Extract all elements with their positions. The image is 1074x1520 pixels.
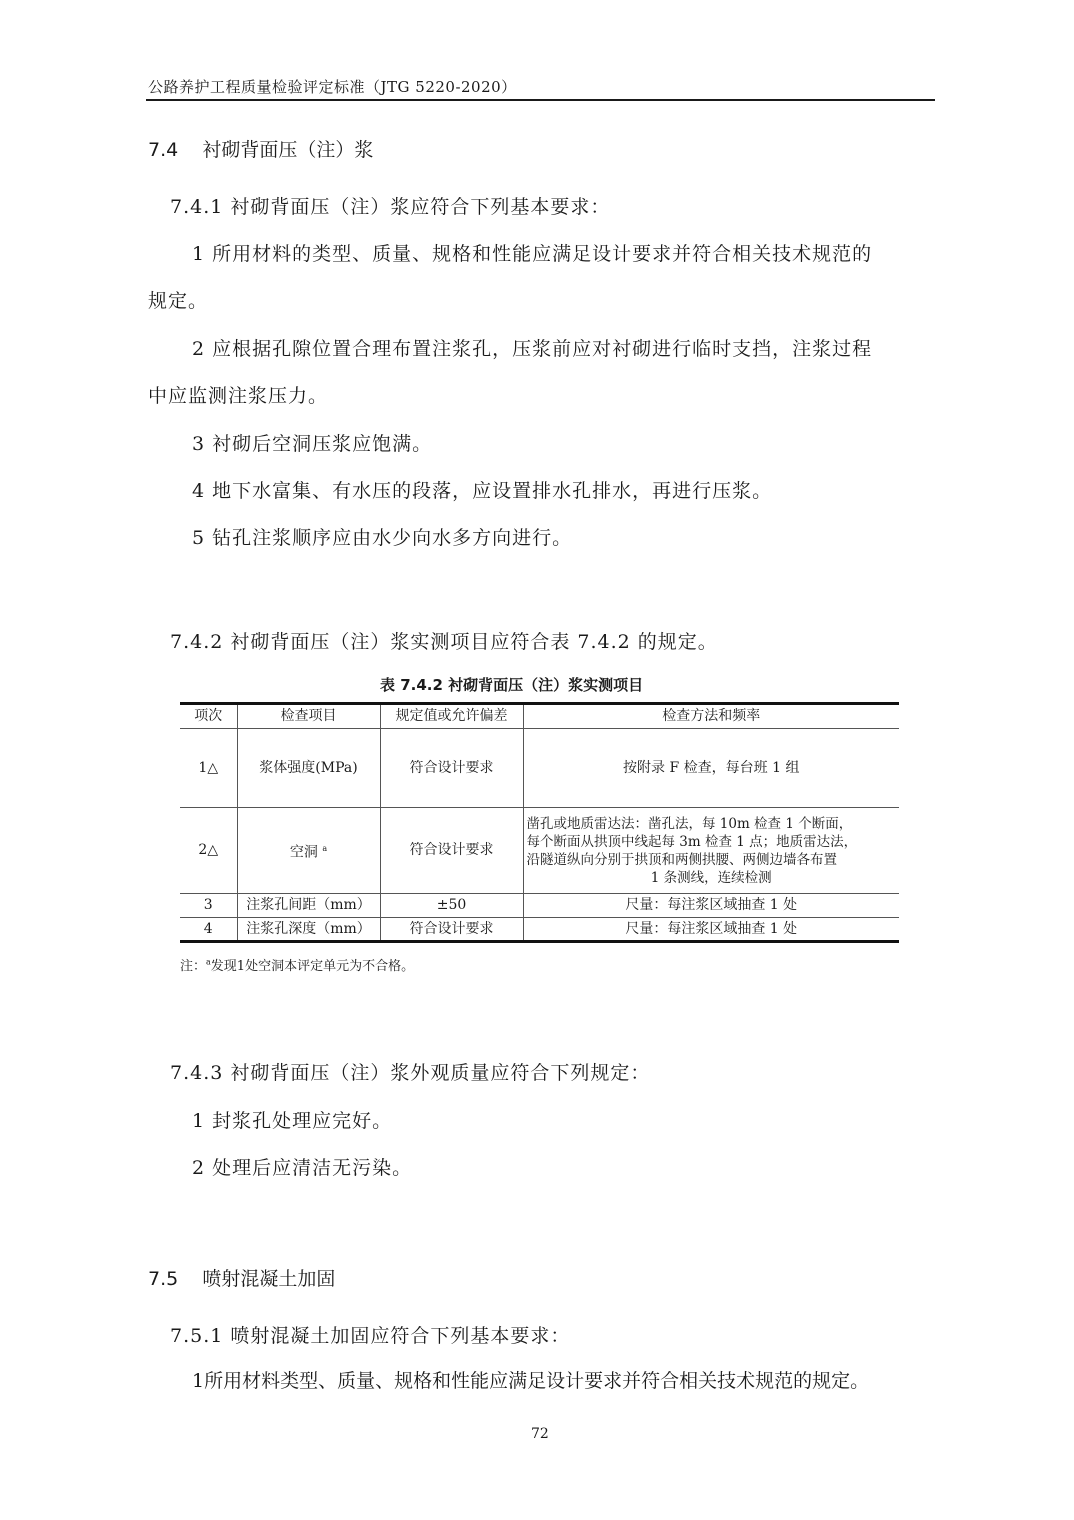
table-note: 注：a发现1处空洞本评定单元为不合格。: [180, 955, 414, 974]
cell-spec: 符合设计要求: [380, 729, 523, 808]
cell-method: 按附录 F 检查，每台班 1 组: [523, 729, 899, 808]
clause-7-4-1-item-1-line-1: 1 所用材料的类型、质量、规格和性能应满足设计要求并符合相关技术规范的: [192, 239, 872, 266]
method-line: 每个断面从拱顶中线起每 3m 检查 1 点；地质雷达法，: [527, 833, 897, 851]
note-prefix: 注：: [180, 959, 206, 974]
cell-item-text: 空洞: [290, 844, 318, 860]
cell-no: 2△: [180, 808, 237, 894]
running-header: 公路养护工程质量检验评定标准（JTG 5220-2020）: [148, 76, 517, 97]
cell-item: 注浆孔间距（mm）: [237, 894, 380, 918]
header-item: 检查项目: [237, 704, 380, 729]
header-no: 项次: [180, 704, 237, 729]
cell-spec: 符合设计要求: [380, 808, 523, 894]
section-heading-7-5: 7.5 喷射混凝土加固: [148, 1264, 335, 1291]
section-heading-7-4: 7.4 衬砌背面压（注）浆: [148, 135, 373, 162]
clause-7-4-3-item-2: 2 处理后应清洁无污染。: [192, 1153, 412, 1180]
cell-spec: ±50: [380, 894, 523, 918]
cell-no: 1△: [180, 729, 237, 808]
clause-7-4-1-item-3: 3 衬砌后空洞压浆应饱满。: [192, 429, 432, 456]
section-number: 7.4: [148, 139, 178, 161]
table-row: 1△ 浆体强度(MPa) 符合设计要求 按附录 F 检查，每台班 1 组: [180, 729, 899, 808]
header-method: 检查方法和频率: [523, 704, 899, 729]
cell-item: 浆体强度(MPa): [237, 729, 380, 808]
method-line: 1 条测线，连续检测: [527, 869, 897, 887]
header-spec: 规定值或允许偏差: [380, 704, 523, 729]
footnote-marker: a: [322, 844, 327, 853]
clause-7-4-1-item-2-line-1: 2 应根据孔隙位置合理布置注浆孔，压浆前应对衬砌进行临时支挡，注浆过程: [192, 334, 872, 361]
clause-7-4-1-item-2-line-2: 中应监测注浆压力。: [148, 381, 328, 408]
clause-heading-7-5-1: 7.5.1 喷射混凝土加固应符合下列基本要求：: [170, 1321, 570, 1348]
table-row: 2△ 空洞 a 符合设计要求 凿孔或地质雷达法：凿孔法，每 10m 检查 1 个…: [180, 808, 899, 894]
header-rule: [146, 99, 935, 101]
clause-7-4-1-item-1-line-2: 规定。: [148, 286, 208, 313]
table-header-row: 项次 检查项目 规定值或允许偏差 检查方法和频率: [180, 704, 899, 729]
inspection-table: 项次 检查项目 规定值或允许偏差 检查方法和频率 1△ 浆体强度(MPa) 符合…: [180, 702, 899, 943]
section-number: 7.5: [148, 1268, 178, 1290]
cell-spec: 符合设计要求: [380, 918, 523, 942]
cell-method: 凿孔或地质雷达法：凿孔法，每 10m 检查 1 个断面， 每个断面从拱顶中线起每…: [523, 808, 899, 894]
method-line: 沿隧道纵向分别于拱顶和两侧拱腰、两侧边墙各布置: [527, 851, 897, 869]
clause-7-4-1-item-4: 4 地下水富集、有水压的段落，应设置排水孔排水，再进行压浆。: [192, 476, 772, 503]
clause-7-4-3-item-1: 1 封浆孔处理应完好。: [192, 1106, 392, 1133]
cell-no: 3: [180, 894, 237, 918]
cell-item: 空洞 a: [237, 808, 380, 894]
cell-method: 尺量：每注浆区域抽查 1 处: [523, 918, 899, 942]
clause-heading-7-4-2: 7.4.2 衬砌背面压（注）浆实测项目应符合表 7.4.2 的规定。: [170, 627, 718, 654]
page-number: 72: [531, 1426, 549, 1442]
section-title: 衬砌背面压（注）浆: [202, 139, 373, 161]
clause-heading-7-4-1: 7.4.1 衬砌背面压（注）浆应符合下列基本要求：: [170, 192, 610, 219]
method-line: 凿孔或地质雷达法：凿孔法，每 10m 检查 1 个断面，: [527, 815, 897, 833]
clause-heading-7-4-3: 7.4.3 衬砌背面压（注）浆外观质量应符合下列规定：: [170, 1058, 650, 1085]
cell-method: 尺量：每注浆区域抽查 1 处: [523, 894, 899, 918]
table-row: 3 注浆孔间距（mm） ±50 尺量：每注浆区域抽查 1 处: [180, 894, 899, 918]
cell-item: 注浆孔深度（mm）: [237, 918, 380, 942]
section-title: 喷射混凝土加固: [202, 1268, 335, 1290]
clause-7-4-1-item-5: 5 钻孔注浆顺序应由水少向水多方向进行。: [192, 523, 572, 550]
table-row: 4 注浆孔深度（mm） 符合设计要求 尺量：每注浆区域抽查 1 处: [180, 918, 899, 942]
clause-7-5-1-item-1: 1所用材料类型、质量、规格和性能应满足设计要求并符合相关技术规范的规定。: [192, 1366, 869, 1393]
table-caption: 表 7.4.2 衬砌背面压（注）浆实测项目: [380, 674, 643, 695]
cell-no: 4: [180, 918, 237, 942]
note-text: 发现1处空洞本评定单元为不合格。: [211, 959, 414, 974]
